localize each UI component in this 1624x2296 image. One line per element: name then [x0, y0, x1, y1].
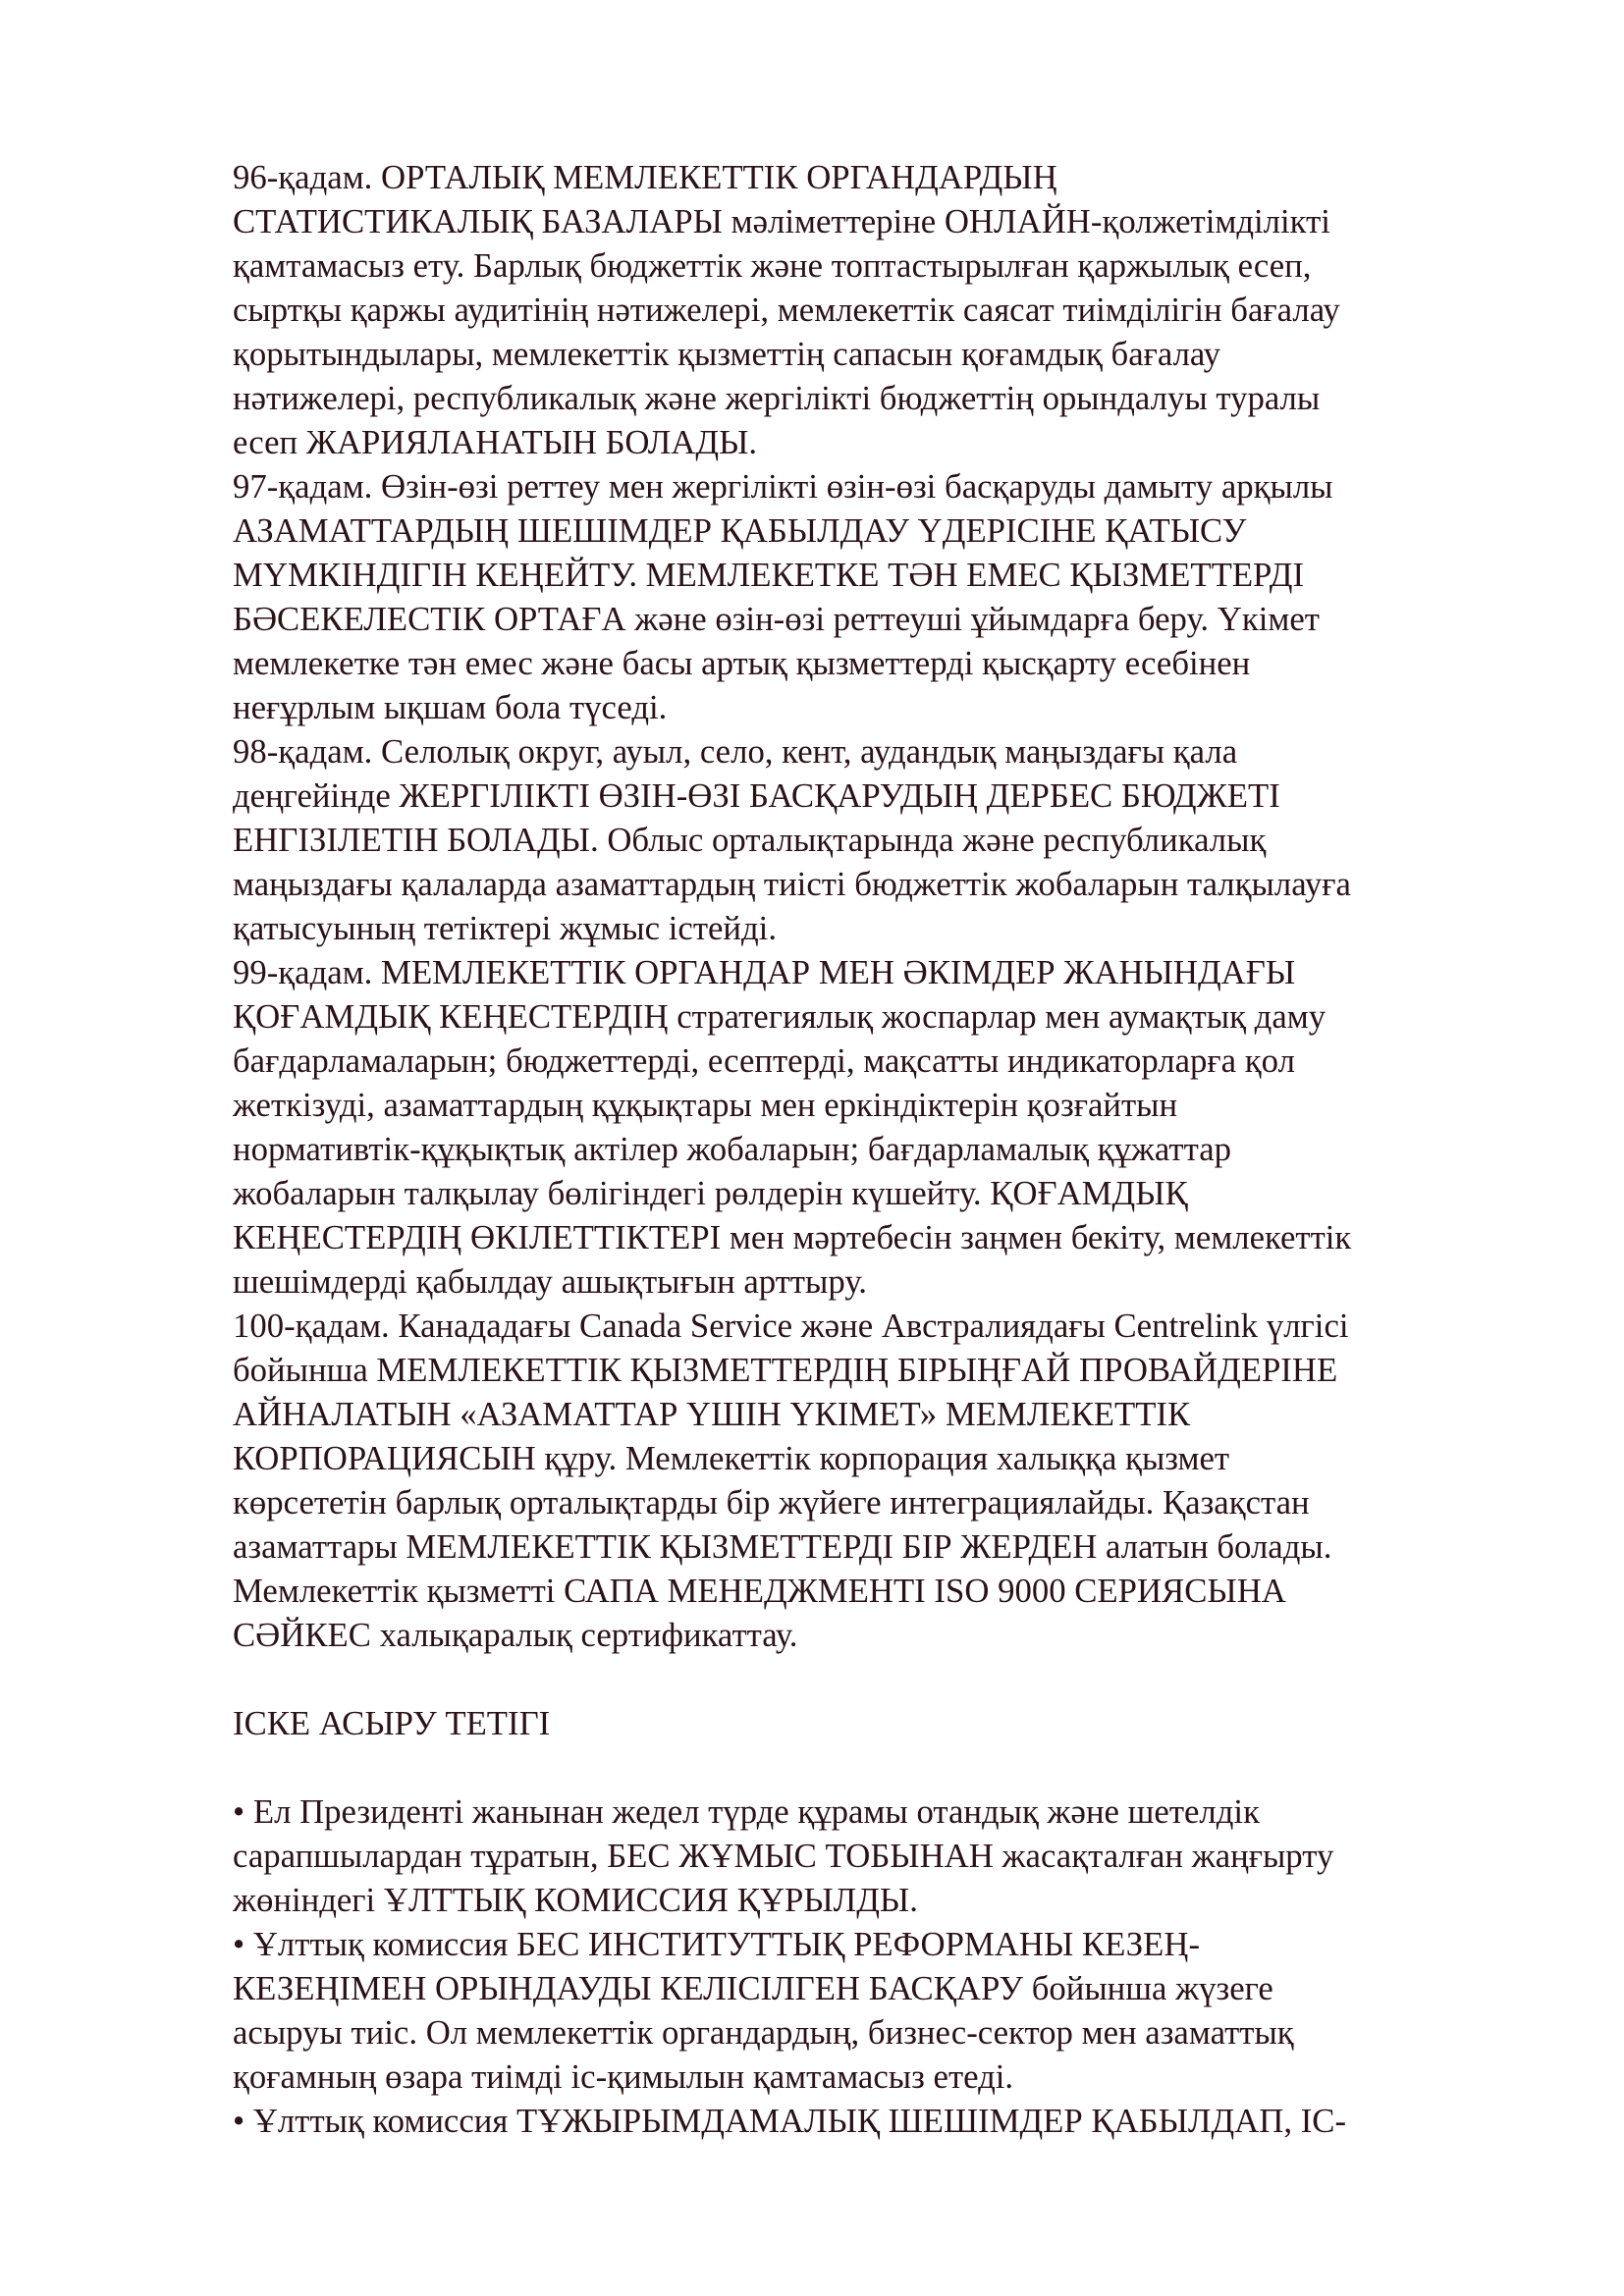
text-line: шешімдерді қабылдау ашықтығын арттыру. — [233, 1259, 1539, 1304]
spacer — [233, 1745, 1548, 1789]
text-line: нәтижелері, республикалық және жергілікт… — [233, 376, 1539, 420]
text-line: АЗАМАТТАРДЫҢ ШЕШІМДЕР ҚАБЫЛДАУ ҮДЕРІСІНЕ… — [233, 508, 1539, 553]
bullet-item: • Ұлттық комиссия ТҰЖЫРЫМДАМАЛЫҚ ШЕШІМДЕ… — [233, 2099, 1548, 2143]
text-line: 100-қадам. Канададағы Canada Service жән… — [233, 1304, 1539, 1348]
text-line: деңгейінде ЖЕРГІЛІКТІ ӨЗІН-ӨЗІ БАСҚАРУДЫ… — [233, 774, 1539, 818]
text-line: азаматтары МЕМЛЕКЕТТІК ҚЫЗМЕТТЕРДІ БІР Ж… — [233, 1524, 1539, 1569]
text-line: КЕҢЕСТЕРДІҢ ӨКІЛЕТТІКТЕРІ мен мәртебесін… — [233, 1215, 1539, 1259]
bullet-item: • Ұлттық комиссия БЕС ИНСТИТУТТЫҚ РЕФОРМ… — [233, 1922, 1548, 2099]
text-line: көрсететін барлық орталықтарды бір жүйег… — [233, 1480, 1539, 1524]
text-line: ЕНГІЗІЛЕТІН БОЛАДЫ. Облыс орталықтарында… — [233, 818, 1539, 862]
text-line: МҮМКІНДІГІН КЕҢЕЙТУ. МЕМЛЕКЕТКЕ ТӘН ЕМЕС… — [233, 553, 1539, 597]
text-line: • Ел Президенті жанынан жедел түрде құра… — [233, 1789, 1539, 1834]
step-97: 97-қадам. Өзін-өзі реттеу мен жергілікті… — [233, 464, 1548, 729]
text-line: қамтамасыз ету. Барлық бюджеттік және то… — [233, 243, 1539, 288]
text-line: қорытындылары, мемлекеттік қызметтің сап… — [233, 332, 1539, 376]
text-line: 97-қадам. Өзін-өзі реттеу мен жергілікті… — [233, 464, 1539, 508]
document-page: 96-қадам. ОРТАЛЫҚ МЕМЛЕКЕТТІК ОРГАНДАРДЫ… — [233, 155, 1548, 2143]
text-line: мемлекетке тән емес және басы артық қызм… — [233, 641, 1539, 685]
text-line: АЙНАЛАТЫН «АЗАМАТТАР ҮШІН ҮКІМЕТ» МЕМЛЕК… — [233, 1392, 1539, 1436]
text-line: Мемлекеттік қызметті САПА МЕНЕДЖМЕНТІ IS… — [233, 1569, 1539, 1613]
text-line: СТАТИСТИКАЛЫҚ БАЗАЛАРЫ мәліметтеріне ОНЛ… — [233, 199, 1539, 243]
text-line: 99-қадам. МЕМЛЕКЕТТІК ОРГАНДАР МЕН ӘКІМД… — [233, 950, 1539, 994]
text-line: бойынша МЕМЛЕКЕТТІК ҚЫЗМЕТТЕРДІҢ БІРЫҢҒА… — [233, 1348, 1539, 1392]
step-96: 96-қадам. ОРТАЛЫҚ МЕМЛЕКЕТТІК ОРГАНДАРДЫ… — [233, 155, 1548, 464]
text-line: неғұрлым ықшам бола түседі. — [233, 685, 1539, 729]
text-line: • Ұлттық комиссия БЕС ИНСТИТУТТЫҚ РЕФОРМ… — [233, 1922, 1539, 1966]
text-line: ҚОҒАМДЫҚ КЕҢЕСТЕРДІҢ стратегиялық жоспар… — [233, 994, 1539, 1039]
text-line: БӘСЕКЕЛЕСТІК ОРТАҒА және өзін-өзі реттеу… — [233, 597, 1539, 641]
text-line: сыртқы қаржы аудитінің нәтижелері, мемле… — [233, 288, 1539, 332]
step-100: 100-қадам. Канададағы Canada Service жән… — [233, 1304, 1548, 1657]
text-line: қатысуының тетіктері жұмыс істейді. — [233, 906, 1539, 950]
text-line: 96-қадам. ОРТАЛЫҚ МЕМЛЕКЕТТІК ОРГАНДАРДЫ… — [233, 155, 1539, 199]
text-line: СӘЙКЕС халықаралық сертификаттау. — [233, 1613, 1539, 1657]
spacer — [233, 1657, 1548, 1701]
text-line: бағдарламаларын; бюджеттерді, есептерді,… — [233, 1039, 1539, 1083]
text-line: жөніндегі ҰЛТТЫҚ КОМИССИЯ ҚҰРЫЛДЫ. — [233, 1878, 1539, 1922]
text-line: маңыздағы қалаларда азаматтардың тиісті … — [233, 862, 1539, 906]
text-line: КОРПОРАЦИЯСЫН құру. Мемлекеттік корпорац… — [233, 1436, 1539, 1480]
text-line: 98-қадам. Селолық округ, ауыл, село, кен… — [233, 729, 1539, 774]
text-line: асыруы тиіс. Ол мемлекеттік органдардың,… — [233, 2010, 1539, 2055]
text-line: КЕЗЕҢІМЕН ОРЫНДАУДЫ КЕЛІСІЛГЕН БАСҚАРУ б… — [233, 1966, 1539, 2010]
step-98: 98-қадам. Селолық округ, ауыл, село, кен… — [233, 729, 1548, 950]
step-99: 99-қадам. МЕМЛЕКЕТТІК ОРГАНДАР МЕН ӘКІМД… — [233, 950, 1548, 1304]
text-line: сарапшылардан тұратын, БЕС ЖҰМЫС ТОБЫНАН… — [233, 1834, 1539, 1878]
text-line: қоғамның өзара тиімді іс-қимылын қамтама… — [233, 2055, 1539, 2099]
section-heading: ІСКЕ АСЫРУ ТЕТІГІ — [233, 1701, 1539, 1745]
text-line: нормативтік-құқықтық актілер жобаларын; … — [233, 1127, 1539, 1171]
text-line: • Ұлттық комиссия ТҰЖЫРЫМДАМАЛЫҚ ШЕШІМДЕ… — [233, 2099, 1539, 2143]
text-line: жобаларын талқылау бөлігіндегі рөлдерін … — [233, 1171, 1539, 1215]
bullet-item: • Ел Президенті жанынан жедел түрде құра… — [233, 1789, 1548, 1922]
text-line: есеп ЖАРИЯЛАНАТЫН БОЛАДЫ. — [233, 420, 1539, 464]
text-line: жеткізуді, азаматтардың құқықтары мен ер… — [233, 1083, 1539, 1127]
